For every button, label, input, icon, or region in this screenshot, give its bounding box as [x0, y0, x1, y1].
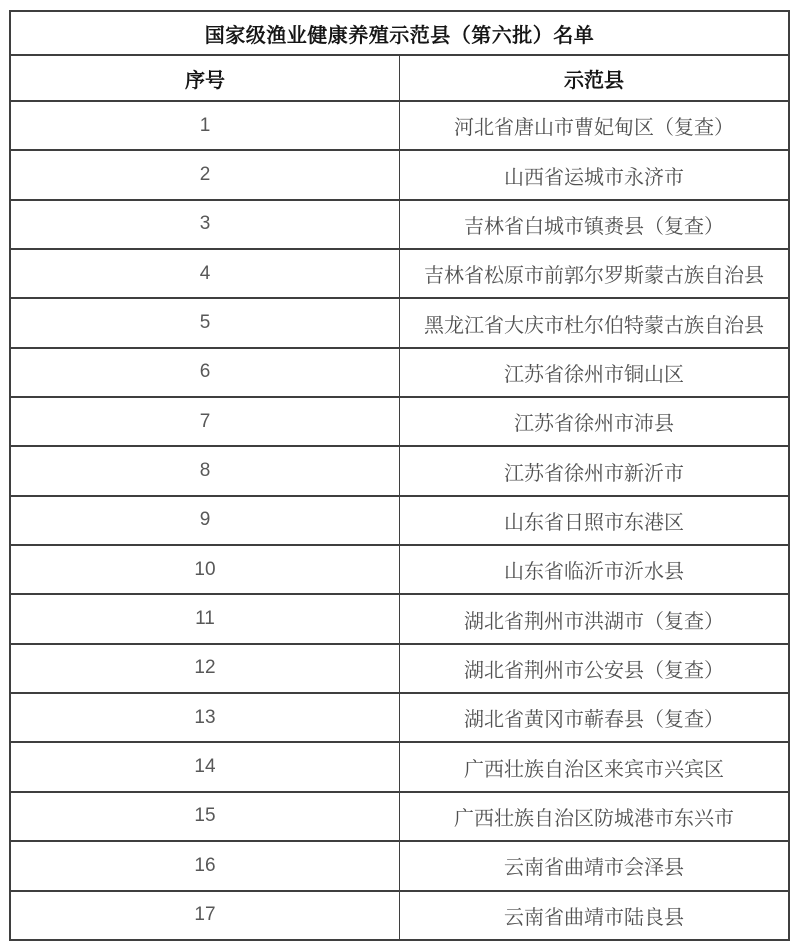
- table-row: 7江苏省徐州市沛县: [10, 397, 789, 446]
- row-number-cell: 15: [10, 792, 400, 841]
- row-number-cell: 13: [10, 693, 400, 742]
- county-name-cell: 山东省临沂市沂水县: [400, 545, 790, 594]
- row-number-cell: 6: [10, 348, 400, 397]
- table-row: 13湖北省黄冈市蕲春县（复查）: [10, 693, 789, 742]
- row-number-cell: 14: [10, 742, 400, 791]
- row-number-cell: 12: [10, 644, 400, 693]
- county-name-cell: 云南省曲靖市会泽县: [400, 841, 790, 890]
- row-number-cell: 9: [10, 496, 400, 545]
- table-head: 国家级渔业健康养殖示范县（第六批）名单 序号 示范县: [10, 11, 789, 101]
- county-name-cell: 江苏省徐州市铜山区: [400, 348, 790, 397]
- row-number-cell: 16: [10, 841, 400, 890]
- county-name-cell: 湖北省荆州市洪湖市（复查）: [400, 594, 790, 643]
- table-row: 17云南省曲靖市陆良县: [10, 891, 789, 941]
- row-number-cell: 1: [10, 101, 400, 150]
- row-number-cell: 2: [10, 150, 400, 199]
- table-row: 6江苏省徐州市铜山区: [10, 348, 789, 397]
- column-header-serial-number: 序号: [10, 55, 400, 101]
- county-name-cell: 吉林省松原市前郭尔罗斯蒙古族自治县: [400, 249, 790, 298]
- county-name-cell: 江苏省徐州市新沂市: [400, 446, 790, 495]
- row-number-cell: 8: [10, 446, 400, 495]
- table-row: 15广西壮族自治区防城港市东兴市: [10, 792, 789, 841]
- table-row: 12湖北省荆州市公安县（复查）: [10, 644, 789, 693]
- county-name-cell: 湖北省黄冈市蕲春县（复查）: [400, 693, 790, 742]
- table-row: 2山西省运城市永济市: [10, 150, 789, 199]
- table-title: 国家级渔业健康养殖示范县（第六批）名单: [10, 11, 789, 55]
- document-page: 国家级渔业健康养殖示范县（第六批）名单 序号 示范县 1河北省唐山市曹妃甸区（复…: [0, 0, 799, 950]
- county-name-cell: 山东省日照市东港区: [400, 496, 790, 545]
- table-row: 5黑龙江省大庆市杜尔伯特蒙古族自治县: [10, 298, 789, 347]
- county-name-cell: 山西省运城市永济市: [400, 150, 790, 199]
- county-name-cell: 云南省曲靖市陆良县: [400, 891, 790, 941]
- row-number-cell: 7: [10, 397, 400, 446]
- county-name-cell: 河北省唐山市曹妃甸区（复查）: [400, 101, 790, 150]
- table-title-row: 国家级渔业健康养殖示范县（第六批）名单: [10, 11, 789, 55]
- row-number-cell: 11: [10, 594, 400, 643]
- county-name-cell: 湖北省荆州市公安县（复查）: [400, 644, 790, 693]
- table-row: 11湖北省荆州市洪湖市（复查）: [10, 594, 789, 643]
- county-name-cell: 吉林省白城市镇赉县（复查）: [400, 200, 790, 249]
- county-name-cell: 广西壮族自治区来宾市兴宾区: [400, 742, 790, 791]
- table-row: 14广西壮族自治区来宾市兴宾区: [10, 742, 789, 791]
- table-body: 1河北省唐山市曹妃甸区（复查）2山西省运城市永济市3吉林省白城市镇赉县（复查）4…: [10, 101, 789, 940]
- table-row: 9山东省日照市东港区: [10, 496, 789, 545]
- row-number-cell: 5: [10, 298, 400, 347]
- county-name-cell: 江苏省徐州市沛县: [400, 397, 790, 446]
- table-row: 3吉林省白城市镇赉县（复查）: [10, 200, 789, 249]
- table-row: 10山东省临沂市沂水县: [10, 545, 789, 594]
- row-number-cell: 17: [10, 891, 400, 941]
- table-row: 4吉林省松原市前郭尔罗斯蒙古族自治县: [10, 249, 789, 298]
- demonstration-counties-table: 国家级渔业健康养殖示范县（第六批）名单 序号 示范县 1河北省唐山市曹妃甸区（复…: [9, 10, 790, 941]
- row-number-cell: 3: [10, 200, 400, 249]
- table-header-row: 序号 示范县: [10, 55, 789, 101]
- county-name-cell: 广西壮族自治区防城港市东兴市: [400, 792, 790, 841]
- table-row: 8江苏省徐州市新沂市: [10, 446, 789, 495]
- county-name-cell: 黑龙江省大庆市杜尔伯特蒙古族自治县: [400, 298, 790, 347]
- table-row: 1河北省唐山市曹妃甸区（复查）: [10, 101, 789, 150]
- table-row: 16云南省曲靖市会泽县: [10, 841, 789, 890]
- row-number-cell: 10: [10, 545, 400, 594]
- row-number-cell: 4: [10, 249, 400, 298]
- column-header-demonstration-county: 示范县: [400, 55, 790, 101]
